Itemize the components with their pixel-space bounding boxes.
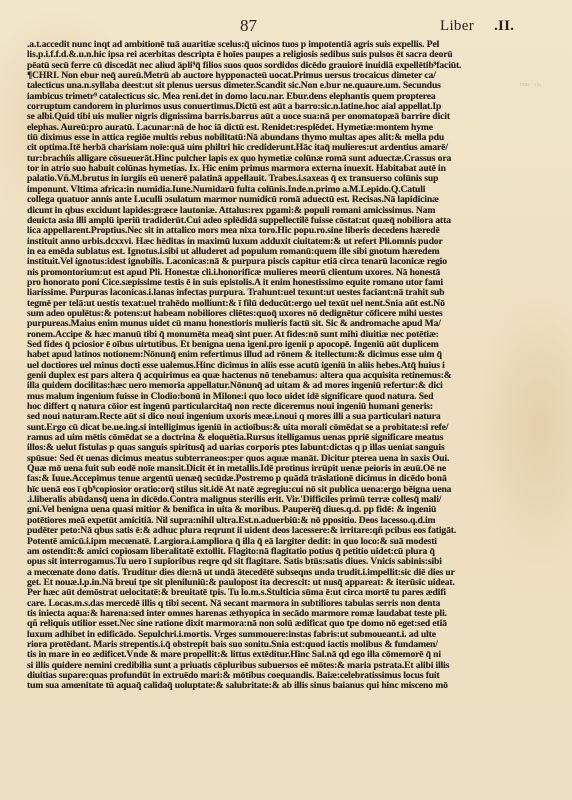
text-line: tum sua amœnitate tū aquaq̄ calidaq̄ uol…: [27, 681, 510, 691]
text-line: opus sit interrogamus.Tu uero ī supiorib…: [27, 557, 510, 567]
text-line: sunt.Ergo cū dicat be.ue.ing.si intellig…: [27, 423, 510, 433]
commentary-text-block: .a.t.accedit nunc inqt ad ambitionē tuā …: [27, 40, 510, 692]
text-line: corruptum candorem in plurimos usus conu…: [27, 102, 510, 112]
page-number: 87: [240, 16, 257, 36]
book-page: 87 Liber.II. mar· ·do .a.t.accedit nunc …: [0, 0, 572, 800]
text-line: get. Et nouæ.l.p.in.Nā breui tpe sit ple…: [27, 578, 510, 588]
text-line: tor in atrio suo habuit colūnas hymetias…: [27, 164, 510, 174]
faint-margin-note: mar· ·do: [520, 82, 550, 96]
text-line: nis promontorium:ut est apud Pli. Honest…: [27, 268, 510, 278]
running-head-label: Liber: [440, 18, 474, 34]
text-line: illos:& uelut fistulas p quas sanguis sp…: [27, 443, 510, 453]
text-line: deuicta asia illi amplū iperiū tradiderū…: [27, 216, 510, 226]
text-line: spūsue: Sed ēt uenas dicimus meatus subt…: [27, 454, 510, 464]
text-line: hoc differt q natura cōior est ingenū pa…: [27, 402, 510, 412]
text-line: habet apud latinos notionem:Nōnunq̄ enim…: [27, 350, 510, 360]
running-head: Liber.II.: [440, 18, 514, 35]
text-line: elephas. Aureū:pro auratū. Lacunar:nā de…: [27, 123, 510, 133]
text-line: pudēter peto:Nā qbus satis ē:& adhuc plu…: [27, 526, 510, 536]
page-header: 87 Liber.II.: [0, 14, 572, 38]
text-line: dicunt in qbus excidunt lapides:græce la…: [27, 206, 510, 216]
text-line: lis.p.i.f.f.d.&.u.n.hic ipsa rei acerbit…: [27, 50, 510, 60]
text-line: tis in mare in eo ædificet.Vnde & mare p…: [27, 650, 510, 660]
text-line: liarissime. Purpuras laconicas.i.lanas i…: [27, 288, 510, 298]
text-line: luxum adhibet in edificādo. Sepulchri.i.…: [27, 630, 510, 640]
text-line: Potentē amicū.i.ipm mecœnatē. Largiora.i…: [27, 537, 510, 547]
text-line: qñ reliquis utilior esset.Nec sine ratio…: [27, 619, 510, 629]
text-line: am ostendit:& amici copiosam liberalitat…: [27, 547, 510, 557]
text-line: uel doctiores uel minus docti esse ualem…: [27, 361, 510, 371]
text-line: imponunt. Vltima africa:in numidia.Iune.…: [27, 185, 510, 195]
text-line: tur:brachiis alligare cōsueuerāt.Hinc pu…: [27, 154, 510, 164]
text-line: potētiores meā expetūt amicitiā. Nil sup…: [27, 516, 510, 526]
text-line: Per hæc aūt demōstrat uelocitatē:& breui…: [27, 588, 510, 598]
text-line: care. Locas.m.s.das mercedē illis q tibi…: [27, 599, 510, 609]
text-line: si illis quidere nemini credibilia sunt …: [27, 661, 510, 671]
running-head-book-number: .II.: [494, 18, 514, 34]
text-line: in ea emēda sublatus est. Ignotus.i.sibi…: [27, 247, 510, 257]
text-line: riora protēdant. Maris strepentis.i.q̄ o…: [27, 640, 510, 650]
text-line: purpureas.Maius enim munus uidet cū manu…: [27, 319, 510, 329]
text-line: tegmē per telā:ut uestis texat:uel trahē…: [27, 299, 510, 309]
text-line: Sed fides q̄ pciosior ē oībus uirtutibus…: [27, 340, 510, 350]
text-line: ramus ad uim mētis cōmēdat se a doctrina…: [27, 433, 510, 443]
text-line: pēatū secū ferre cū discedāt nec aliud ā…: [27, 61, 510, 71]
text-line: instituit.Vel ignotus:idest ignobilis. L…: [27, 257, 510, 267]
text-line: genii duplex est pars altera q̄ acquirim…: [27, 371, 510, 381]
text-line: a mecœnate dono datis. Truditur dies die…: [27, 568, 510, 578]
text-line: sed noui naturam.Recte aūt si dico noui …: [27, 412, 510, 422]
text-line: illa quidem docilitas:hæc uero memoria a…: [27, 381, 510, 391]
text-line: Quæ mō uena fuit sub eodē noīe mansit.Di…: [27, 464, 510, 474]
text-line: cit optima.Itē herbā charisiam noīe:quā …: [27, 143, 510, 153]
text-line: iambicus trimetr⁹ catalecticus sic. Mea …: [27, 92, 510, 102]
text-line: hīc uenā eos ī qb⁹copiosior oratio:orq̄ …: [27, 485, 510, 495]
text-line: palatio.Vñ.M.brutus in iurgiis eū uenerē…: [27, 174, 510, 184]
text-line: .a.t.accedit nunc inqt ad ambitionē tuā …: [27, 40, 510, 50]
text-line: se albi.Quid tibi uis mulier nigris dign…: [27, 112, 510, 122]
text-line: ¶CHRI. Non ebur neq̄ aureū.Metrū ab auct…: [27, 71, 510, 81]
text-line: diuitias supare:quas profundūt in extruē…: [27, 671, 510, 681]
text-line: .i.liberalis abūdansq̄ uena in dicēdo.Co…: [27, 495, 510, 505]
text-line: instituit anno urbis.dcxxvi. Hæc hēditas…: [27, 237, 510, 247]
text-line: fas:& Iuue.Accepimus tenue argentū uenæq…: [27, 474, 510, 484]
text-line: tiū diximus esse in attica regiōe multis…: [27, 133, 510, 143]
text-line: talecticus una.n.syllaba deest:ut sit pl…: [27, 81, 510, 91]
text-line: tis iniecta aqua:& harena:sed inter omne…: [27, 609, 510, 619]
text-line: sum adeo opulētus:& potens:ut habeam nob…: [27, 309, 510, 319]
text-line: collega quatuor annis ante Luculli ɔsula…: [27, 195, 510, 205]
text-line: lica appellarent.Proptius.Nec sit in att…: [27, 226, 510, 236]
text-line: mus malum ingenium fuisse in Clodio:bonū…: [27, 392, 510, 402]
text-line: ronem.Accipe & hæc manuū tibi q̄ monumēt…: [27, 330, 510, 340]
text-line: gni.Vel benigna uena quasi mitior & beni…: [27, 505, 510, 515]
text-line: pro honorato poni Cice.sæpissime testis …: [27, 278, 510, 288]
